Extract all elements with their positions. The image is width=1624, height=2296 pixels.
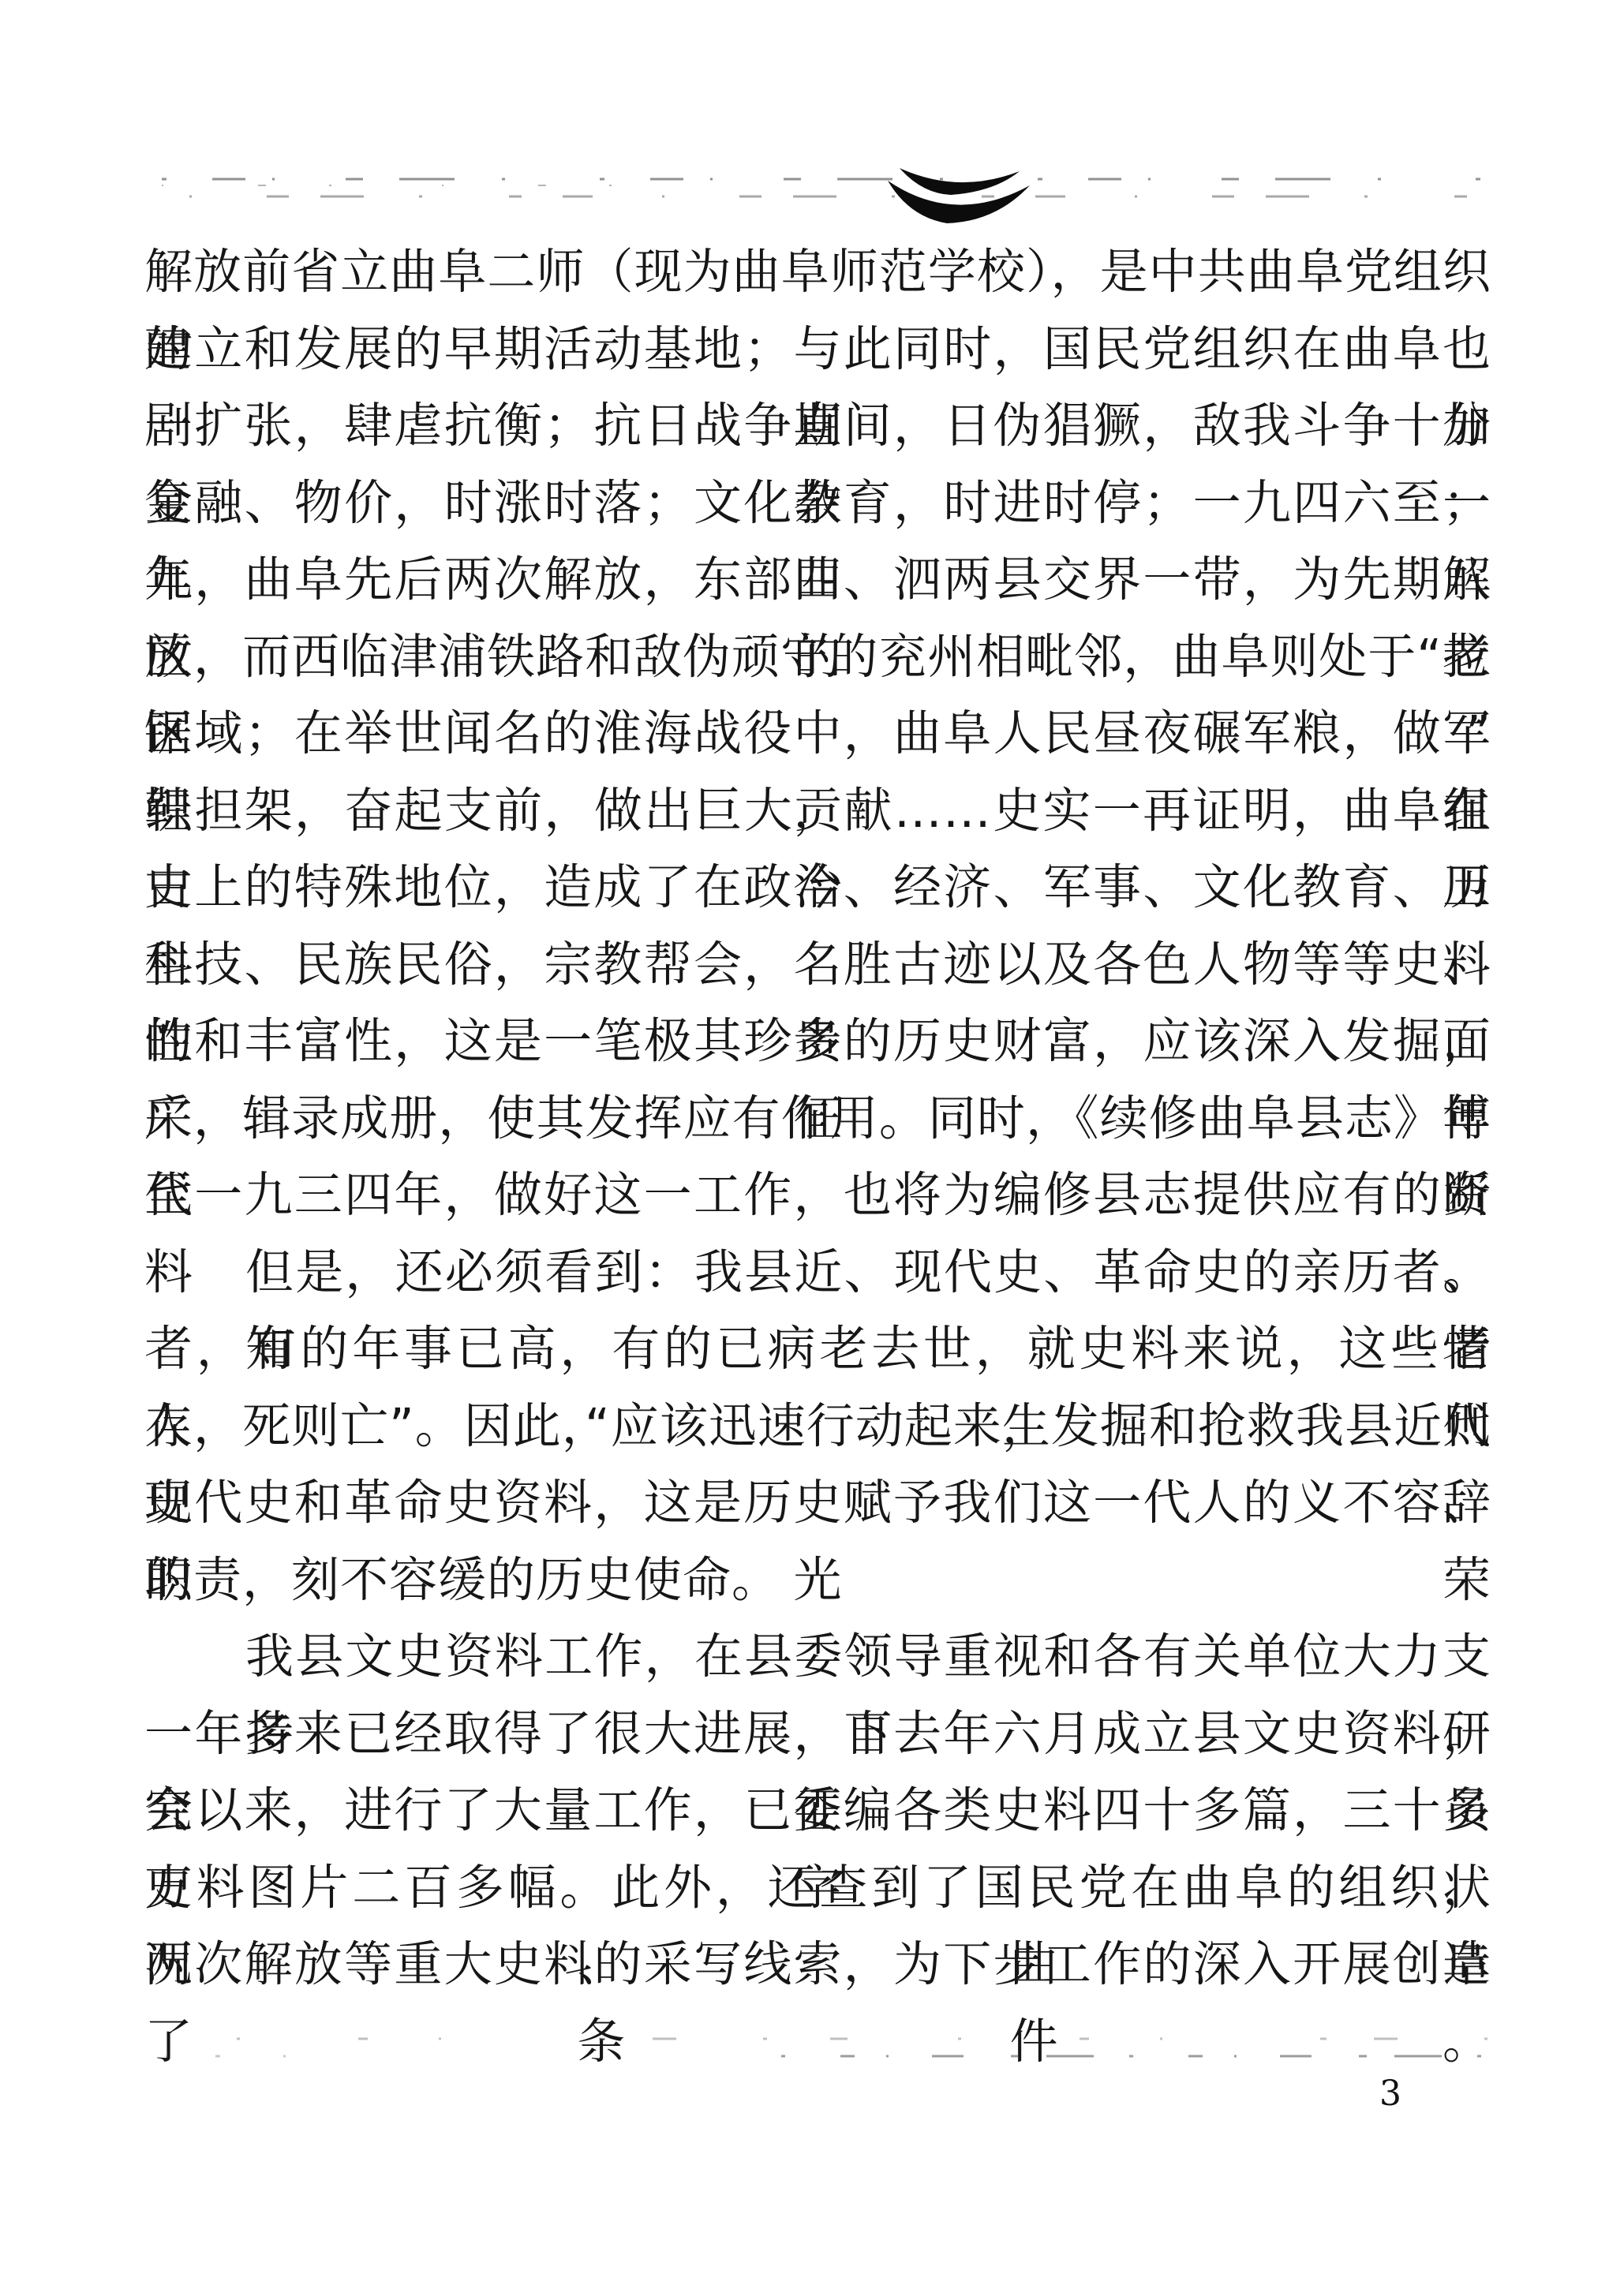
footer-scan-artifact — [0, 2025, 1624, 2072]
text-line: 两次解放等重大史料的采写线索，为下步工作的深入开展创造了条件。 — [144, 1926, 1491, 2003]
text-line: 剧扩张，肆虐抗衡；抗日战争期间，日伪猖獗，敌我斗争十分复杂； — [144, 387, 1491, 465]
text-line: 史料图片二百多幅。此外，还查到了国民党在曲阜的组织状况、曲阜 — [144, 1849, 1491, 1927]
document-body: 解放前省立曲阜二师（现为曲阜师范学校），是中共曲阜党组织的 建立和发展的早期活动… — [144, 234, 1491, 2003]
text-line: 区，而西临津浦铁路和敌伪顽守的兖州相毗邻，曲阜则处于“拉锯” — [144, 619, 1491, 696]
text-line: 建立和发展的早期活动基地；与此同时，国民党组织在曲阜也一直加 — [144, 311, 1491, 388]
text-line: 采，辑录成册，使其发挥应有作用。同时，《续修曲阜县志》年代断 — [144, 1080, 1491, 1157]
text-line-paragraph-start: 但是，还必须看到：我县近、现代史、革命史的亲历者、知情 — [144, 1234, 1491, 1311]
page-number: 3 — [1379, 2074, 1401, 2114]
text-line: 织担架，奋起支前，做出巨大贡献……史实一再证明，曲阜在古今历 — [144, 772, 1491, 850]
text-line: 现代史和革命史资料，这是历史赋予我们这一代人的义不容辞的光荣 — [144, 1464, 1491, 1542]
text-line: 史上的特殊地位，造成了在政治、经济、军事、文化教育、卫生、 — [144, 849, 1491, 926]
text-line: 解放前省立曲阜二师（现为曲阜师范学校），是中共曲阜党组织的 — [144, 234, 1491, 311]
text-line: 年，曲阜先后两次解放，东部曲、泗两县交界一带，为先期解放的老 — [144, 541, 1491, 619]
text-line: 至一九三四年，做好这一工作，也将为编修县志提供应有的资料。 — [144, 1157, 1491, 1234]
crescent-scan-mark — [900, 168, 1020, 195]
text-line: 存，死则亡”。因此，应该迅速行动起来，发掘和抢救我县近代史、 — [144, 1388, 1491, 1465]
header-scan-artifact — [0, 154, 1624, 233]
text-line: 一年多来已经取得了很大进展，自去年六月成立县文史资料研究委员 — [144, 1696, 1491, 1773]
text-line: 区域；在举世闻名的淮海战役中，曲阜人民昼夜碾军粮，做军鞋，组 — [144, 695, 1491, 772]
text-line: 金融、物价，时涨时落；文化教育，时进时停；一九四六至一九四八 — [144, 465, 1491, 542]
text-line: 性和丰富性，这是一笔极其珍贵的历史财富，应该深入发掘，广征博 — [144, 1003, 1491, 1080]
text-line-paragraph-start: 我县文史资料工作，在县委领导重视和各有关单位大力支持下， — [144, 1618, 1491, 1696]
text-line: 科技、民族民俗，宗教帮会，名胜古迹以及各色人物等等史料的多面 — [144, 926, 1491, 1004]
scanned-document-page: 解放前省立曲阜二师（现为曲阜师范学校），是中共曲阜党组织的 建立和发展的早期活动… — [0, 0, 1624, 2296]
text-line: 会以来，进行了大量工作，已征编各类史料四十多篇，三十多万字， — [144, 1772, 1491, 1849]
text-line: 者，有的年事已高，有的已病老去世，就史料来说，这些老人“生则 — [144, 1311, 1491, 1388]
